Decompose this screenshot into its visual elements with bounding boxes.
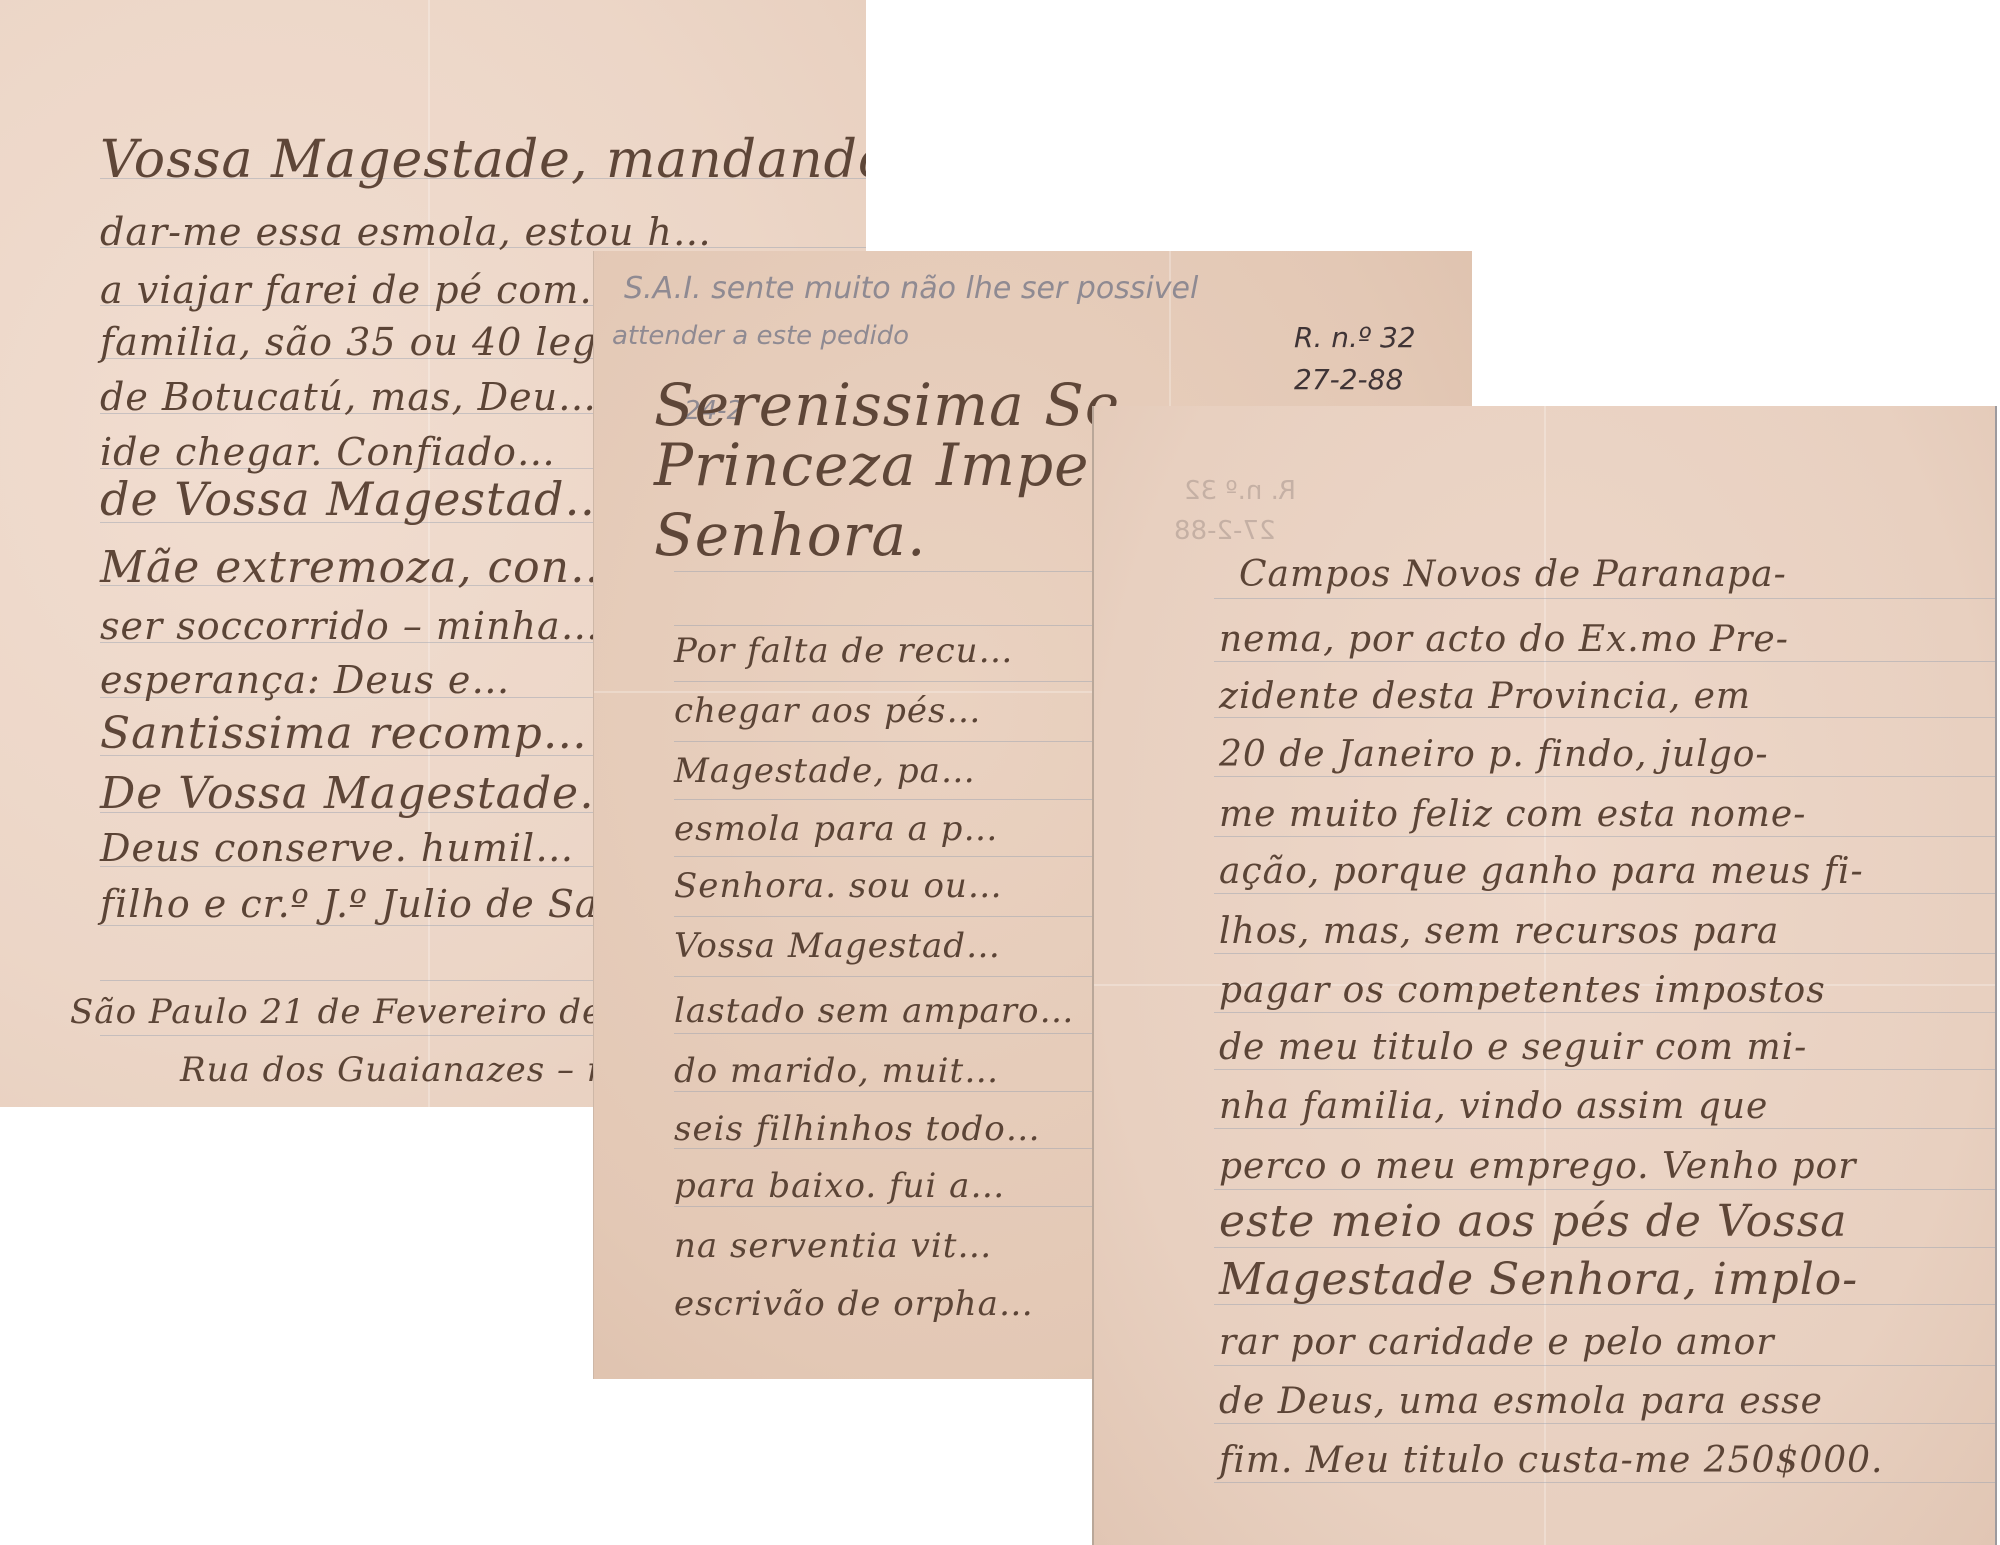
handwritten-line: Por falta de recu… — [674, 631, 1014, 671]
handwritten-line: Santissima recomp… — [100, 708, 588, 759]
handwritten-line: pagar os competentes impostos — [1219, 970, 1826, 1011]
handwritten-line: Deus conserve. humil… — [100, 826, 574, 870]
ruled-line — [1214, 1069, 1995, 1070]
place-date-line: São Paulo 21 de Fevereiro de 1… — [70, 992, 673, 1032]
handwritten-line: a viajar farei de pé com… — [100, 268, 618, 312]
ruled-line — [1214, 836, 1995, 837]
handwritten-line: na serventia vit… — [674, 1226, 992, 1266]
handwritten-line: dar-me essa esmola, estou h… — [100, 210, 712, 254]
handwritten-line: de Botucatú, mas, Deu… — [100, 375, 597, 419]
handwritten-line: este meio aos pés de Vossa — [1219, 1196, 1848, 1247]
handwritten-line: escrivão de orpha… — [674, 1284, 1034, 1324]
handwritten-line: para baixo. fui a… — [674, 1166, 1005, 1206]
bleed-through-stamp: 27-2-88 — [1174, 516, 1275, 546]
ruled-line — [1214, 1247, 1995, 1248]
handwritten-line: de Deus, uma esmola para esse — [1219, 1381, 1823, 1422]
handwritten-line: ação, porque ganho para meus fi- — [1219, 851, 1864, 892]
ruled-line — [1214, 661, 1995, 662]
ruled-line — [1214, 1012, 1995, 1013]
handwritten-line: Magestade Senhora, implo- — [1219, 1254, 1858, 1305]
ruled-line — [1214, 953, 1995, 954]
ruled-line — [1214, 598, 1995, 599]
registry-date: 27-2-88 — [1294, 363, 1403, 396]
handwritten-line: lhos, mas, sem recursos para — [1219, 911, 1779, 952]
ruled-line — [1214, 776, 1995, 777]
handwritten-line: me muito feliz com esta nome- — [1219, 794, 1806, 835]
handwritten-line: chegar aos pés… — [674, 691, 982, 731]
handwritten-line: Vossa Magestade, mandando — [100, 130, 866, 190]
handwritten-line: Campos Novos de Paranapa- — [1239, 554, 1787, 595]
handwritten-line: de Vossa Magestad… — [100, 472, 611, 526]
registry-number: R. n.º 32 — [1294, 321, 1416, 354]
handwritten-line: zidente desta Provincia, em — [1219, 676, 1751, 717]
handwritten-line: Vossa Magestad… — [674, 926, 1001, 966]
handwritten-line: ide chegar. Confiado… — [100, 430, 556, 474]
handwritten-line: nema, por acto do Ex.mo Pre- — [1219, 619, 1789, 660]
ruled-line — [1214, 1423, 1995, 1424]
handwritten-line: De Vossa Magestade… — [100, 768, 624, 819]
handwritten-line: rar por caridade e pelo amor — [1219, 1322, 1775, 1363]
handwritten-line: Magestade, pa… — [674, 751, 976, 791]
ruled-line — [1214, 717, 1995, 718]
handwritten-line: Senhora. sou ou… — [674, 866, 1003, 906]
handwritten-line: esmola para a p… — [674, 809, 998, 849]
handwritten-line: fim. Meu titulo custa-me 250$000. — [1219, 1440, 1884, 1481]
salutation-line: Senhora. — [654, 501, 926, 569]
handwritten-line: ser soccorrido – minha… — [100, 604, 600, 648]
letter-sheet-right: R. n.º 32 27-2-88 Campos Novos de Parana… — [1094, 406, 1995, 1545]
ruled-line — [1214, 1189, 1995, 1190]
handwritten-line: do marido, muit… — [674, 1051, 999, 1091]
signature-line: filho e cr.º J.º Julio de Sant… — [100, 882, 679, 926]
ruled-line — [1214, 1128, 1995, 1129]
ruled-line — [1214, 1482, 1995, 1483]
handwritten-line: perco o meu emprego. Venho por — [1219, 1146, 1856, 1187]
pencil-annotation: attender a este pedido — [612, 321, 909, 351]
address-line: Rua dos Guaianazes – n… — [180, 1050, 645, 1090]
pencil-annotation: S.A.I. sente muito não lhe ser possivel — [624, 271, 1198, 306]
handwritten-line: 20 de Janeiro p. findo, julgo- — [1219, 734, 1769, 775]
handwritten-line: familia, são 35 ou 40 legu… — [100, 320, 662, 364]
handwritten-line: seis filhinhos todo… — [674, 1109, 1041, 1149]
ruled-line — [1214, 893, 1995, 894]
handwritten-line: de meu titulo e seguir com mi- — [1219, 1027, 1807, 1068]
bleed-through-stamp: R. n.º 32 — [1184, 476, 1296, 506]
handwritten-line: esperança: Deus e… — [100, 658, 510, 702]
handwritten-line: lastado sem amparo… — [674, 991, 1074, 1031]
handwritten-line: Mãe extremoza, con… — [100, 542, 615, 593]
handwritten-line: nha familia, vindo assim que — [1219, 1086, 1768, 1127]
ruled-line — [1214, 1365, 1995, 1366]
